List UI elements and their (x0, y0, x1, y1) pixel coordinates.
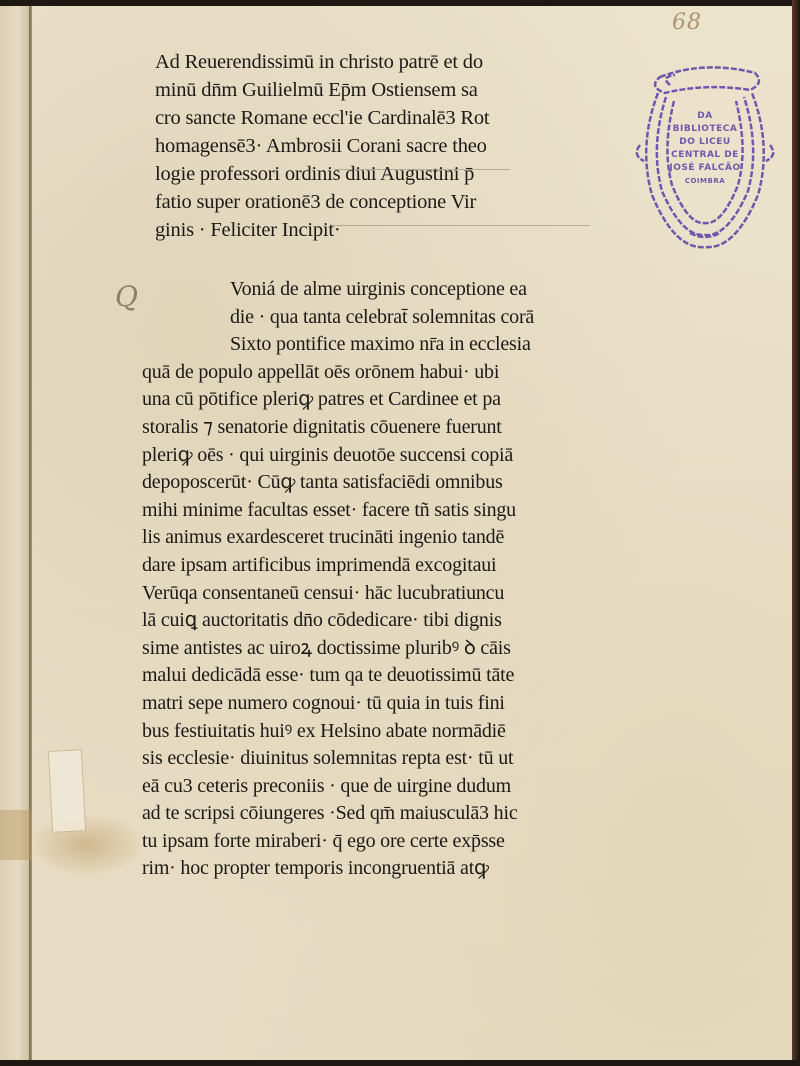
body-line: Voniá de alme uirginis conceptione ea (142, 276, 642, 304)
heading-line: minū dn̄m Guilielmū Ep̄m Ostiensem sa (155, 76, 635, 104)
paper-repair-patch (48, 749, 86, 833)
body-line: una cū pōtifice pleriꝙ patres et Cardine… (142, 386, 642, 414)
stamp-line: BIBLIOTECA (630, 123, 780, 136)
body-line: dare ipsam artificibus imprimendā excogi… (142, 552, 642, 580)
body-line: depoposcerūt· Cūꝙ tanta satisfaciēdi omn… (142, 469, 642, 497)
heading-line: cro sancte Romane eccl'ie Cardinalē3 Rot (155, 104, 635, 132)
stamp-line: DO LICEU (630, 136, 780, 149)
heading-line: ginis · Feliciter Incipit· (155, 216, 635, 244)
stamp-line: COIMBRA (630, 175, 780, 188)
body-line: Verūqa consentaneū censui· hāc lucubrati… (142, 580, 642, 608)
body-line: bus festiuitatis huiꝰ ex Helsino abate n… (142, 718, 642, 746)
body-line: storalis ⁊ senatorie dignitatis cōuenere… (142, 414, 642, 442)
body-line: lā cuiꝗ auctoritatis dn̄o cōdedicare· ti… (142, 607, 642, 635)
water-stain (32, 815, 142, 875)
pencil-underline (335, 169, 510, 170)
heading-rubric: Ad Reuerendissimū in christo patrē et do… (155, 48, 635, 244)
heading-line: Ad Reuerendissimū in christo patrē et do (155, 48, 635, 76)
body-line: die · qua tanta celebrat̄ solemnitas cor… (142, 304, 642, 332)
margin-guide-letter: Q (115, 280, 138, 313)
stamp-line: DA (630, 110, 780, 123)
stamp-line: CENTRAL DE (630, 149, 780, 162)
body-line: malui dedicādā esse· tum qa te deuotissi… (142, 662, 642, 690)
body-line: quā de populo appellāt oēs orōnem habui·… (142, 359, 642, 387)
body-line: pleriꝙ oēs · qui uirginis deuotōe succen… (142, 442, 642, 470)
body-line: Sixto pontifice maximo nr̄a in ecclesia (142, 331, 642, 359)
library-stamp: DA BIBLIOTECA DO LICEU CENTRAL DE JOSÉ F… (630, 55, 780, 255)
folio-number: 68 (672, 10, 702, 35)
body-line: eā cu3 ceteris preconiis · que de uirgin… (142, 773, 642, 801)
water-stain-left (0, 810, 32, 860)
body-line: sime antistes ac uiroꝝ doctissime plurib… (142, 635, 642, 663)
heading-line: fatio super orationē3 de conceptione Vir (155, 188, 635, 216)
body-line: ad te scripsi cōiungeres ·Sed qm̄ maiusc… (142, 800, 642, 828)
body-line: lis animus exardesceret trucināti ingeni… (142, 524, 642, 552)
heading-line: logie professori ordinis diui Augustini … (155, 160, 635, 188)
pencil-underline (330, 225, 590, 226)
stamp-line: JOSÉ FALCÃO (630, 162, 780, 175)
body-line: matri sepe numero cognoui· tū quia in tu… (142, 690, 642, 718)
body-line: mihi minime facultas esset· facere tñ sa… (142, 497, 642, 525)
heading-line: homagensē3· Ambrosii Corani sacre theo (155, 132, 635, 160)
main-text: Voniá de alme uirginis conceptione ea di… (142, 276, 642, 883)
scan-right-edge (792, 0, 800, 1066)
facing-page-edge (0, 6, 30, 1060)
body-line: sis ecclesie· diuinitus solemnitas repta… (142, 745, 642, 773)
stamp-text: DA BIBLIOTECA DO LICEU CENTRAL DE JOSÉ F… (630, 110, 780, 188)
scanned-page: 68 Q Ad Reuerendissimū in christo patrē … (0, 0, 800, 1066)
body-line: rim· hoc propter temporis incongruentiā … (142, 855, 642, 883)
scan-bottom-edge (0, 1060, 800, 1066)
body-line: tu ipsam forte miraberi· q̄ ego ore cert… (142, 828, 642, 856)
